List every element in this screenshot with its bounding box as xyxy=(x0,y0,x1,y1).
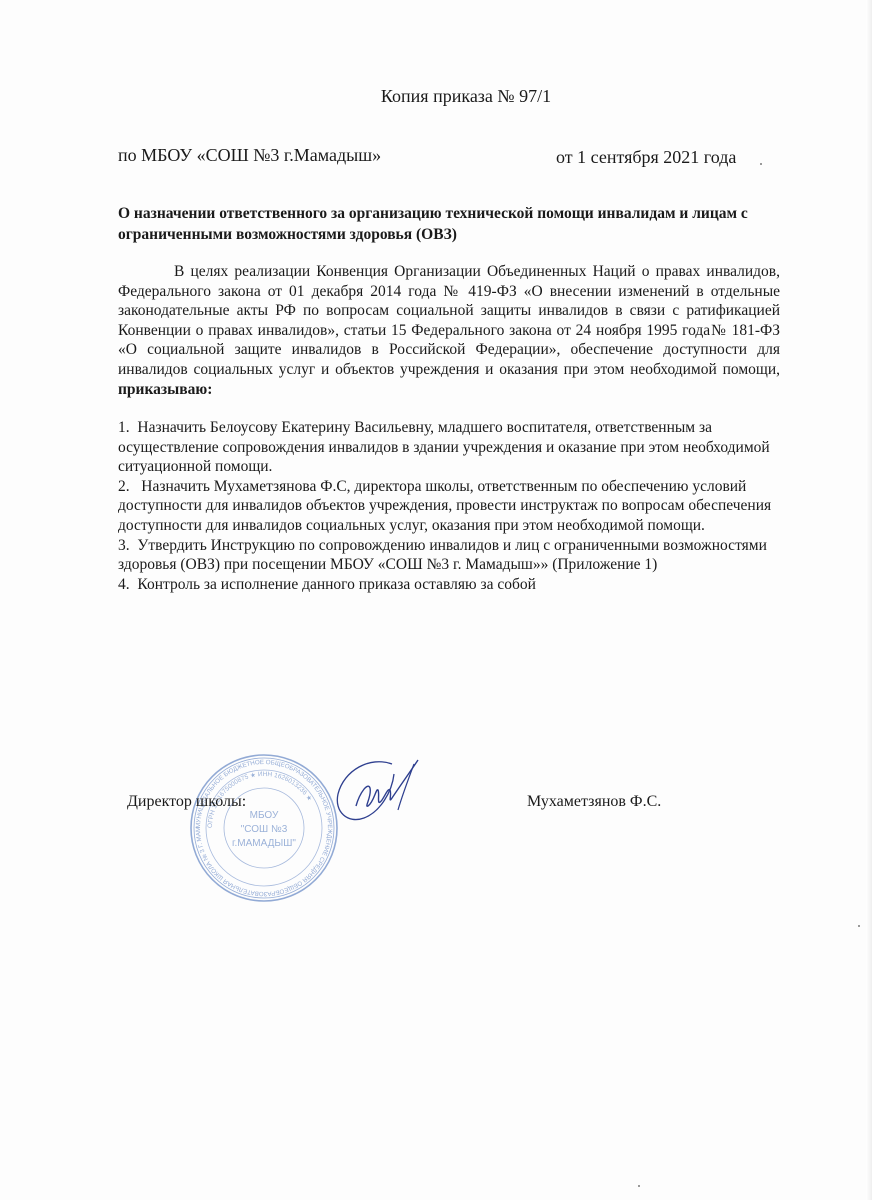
item-number: 3. xyxy=(118,537,130,554)
svg-text:г.МАМАДЫШ": г.МАМАДЫШ" xyxy=(232,838,296,849)
item-text: Контроль за исполнение данного приказа о… xyxy=(137,576,536,593)
item-number: 2. xyxy=(118,478,130,495)
preamble-text: В целях реализации Конвенция Организации… xyxy=(118,263,780,378)
order-item-1: 1. Назначить Белоусову Екатерину Василье… xyxy=(118,418,798,477)
signatory-name: Мухаметзянов Ф.С. xyxy=(527,793,661,811)
order-item-4: 4. Контроль за исполнение данного приказ… xyxy=(118,575,798,595)
organization-line: по МБОУ «СОШ №3 г.Мамадыш» xyxy=(118,145,381,166)
scan-page-edge xyxy=(866,0,872,1200)
item-text: Назначить Мухаметзянова Ф.С, директора ш… xyxy=(118,478,771,534)
preamble-command: приказываю: xyxy=(118,381,212,398)
handwritten-signature-icon xyxy=(330,752,440,832)
item-number: 4. xyxy=(118,576,130,593)
svg-text:МБОУ: МБОУ xyxy=(250,810,279,821)
preamble-paragraph: В целях реализации Конвенция Организации… xyxy=(118,262,780,399)
document-page: Копия приказа № 97/1 по МБОУ «СОШ №3 г.М… xyxy=(0,0,872,1200)
scan-speck xyxy=(638,1185,640,1187)
item-text: Назначить Белоусову Екатерину Васильевну… xyxy=(118,419,770,475)
item-number: 1. xyxy=(118,419,130,436)
order-subject: О назначении ответственного за организац… xyxy=(118,203,798,245)
signatory-position: Директор школы: xyxy=(127,793,246,811)
svg-text:"СОШ №3: "СОШ №3 xyxy=(241,824,288,835)
official-stamp-icon: МУНИЦИПАЛЬНОЕ БЮДЖЕТНОЕ ОБЩЕОБРАЗОВАТЕЛЬ… xyxy=(188,752,340,904)
document-title: Копия приказа № 97/1 xyxy=(0,86,872,107)
scan-speck xyxy=(760,163,762,165)
scan-speck xyxy=(858,925,860,927)
order-item-2: 2. Назначить Мухаметзянова Ф.С, директор… xyxy=(118,477,798,536)
item-text: Утвердить Инструкцию по сопровождению ин… xyxy=(118,537,767,574)
order-item-3: 3. Утвердить Инструкцию по сопровождению… xyxy=(118,536,798,575)
order-items-list: 1. Назначить Белоусову Екатерину Василье… xyxy=(118,418,798,594)
order-date: от 1 сентября 2021 года xyxy=(556,147,736,168)
